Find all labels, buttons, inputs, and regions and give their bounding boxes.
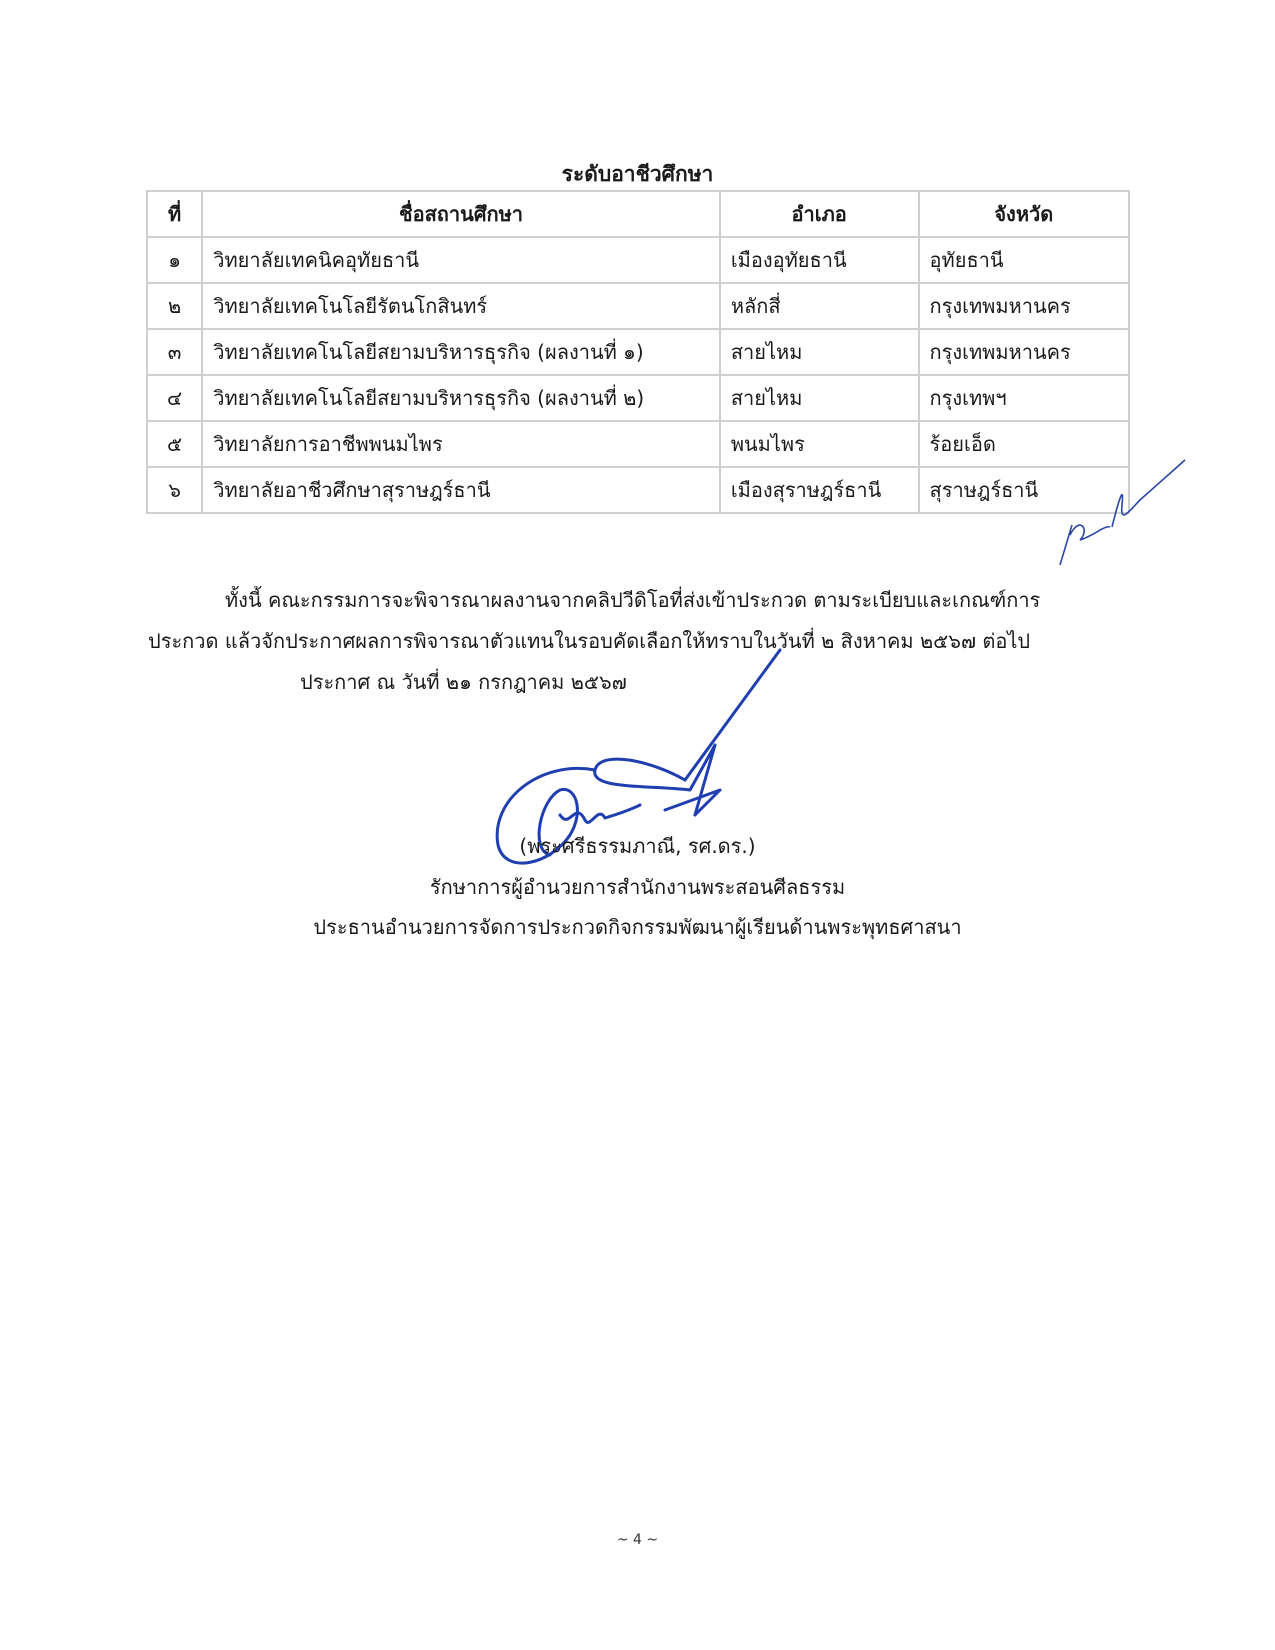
- header-no: ที่: [147, 191, 202, 237]
- institution-table: ที่ ชื่อสถานศึกษา อำเภอ จังหวัด ๑ วิทยาล…: [146, 190, 1130, 514]
- institution-name: วิทยาลัยเทคนิคอุทัยธานี: [202, 237, 720, 283]
- district: พนมไพร: [720, 421, 919, 467]
- institution-name: วิทยาลัยเทคโนโลยีสยามบริหารธุรกิจ (ผลงาน…: [202, 329, 720, 375]
- district: สายไหม: [720, 375, 919, 421]
- row-no: ๕: [147, 421, 202, 467]
- header-institution-name: ชื่อสถานศึกษา: [202, 191, 720, 237]
- initials-stroke: [1060, 460, 1185, 565]
- row-no: ๒: [147, 283, 202, 329]
- institution-name: วิทยาลัยเทคโนโลยีสยามบริหารธุรกิจ (ผลงาน…: [202, 375, 720, 421]
- table-row: ๖ วิทยาลัยอาชีวศึกษาสุราษฎร์ธานี เมืองสุ…: [147, 467, 1129, 513]
- signatory-title-2: ประธานอำนวยการจัดการประกวดกิจกรรมพัฒนาผู…: [0, 911, 1275, 943]
- row-no: ๑: [147, 237, 202, 283]
- signatory-title-1: รักษาการผู้อำนวยการสำนักงานพระสอนศีลธรรม: [0, 871, 1275, 903]
- section-title: ระดับอาชีวศึกษา: [0, 158, 1275, 191]
- district: หลักสี่: [720, 283, 919, 329]
- page-number: ~ 4 ~: [0, 1532, 1275, 1548]
- province: อุทัยธานี: [919, 237, 1129, 283]
- institution-name: วิทยาลัยอาชีวศึกษาสุราษฎร์ธานี: [202, 467, 720, 513]
- table-header-row: ที่ ชื่อสถานศึกษา อำเภอ จังหวัด: [147, 191, 1129, 237]
- table-row: ๑ วิทยาลัยเทคนิคอุทัยธานี เมืองอุทัยธานี…: [147, 237, 1129, 283]
- header-district: อำเภอ: [720, 191, 919, 237]
- table-row: ๓ วิทยาลัยเทคโนโลยีสยามบริหารธุรกิจ (ผลง…: [147, 329, 1129, 375]
- district: เมืองอุทัยธานี: [720, 237, 919, 283]
- province: กรุงเทพฯ: [919, 375, 1129, 421]
- table-row: ๕ วิทยาลัยการอาชีพพนมไพร พนมไพร ร้อยเอ็ด: [147, 421, 1129, 467]
- row-no: ๔: [147, 375, 202, 421]
- institution-name: วิทยาลัยเทคโนโลยีรัตนโกสินทร์: [202, 283, 720, 329]
- district: สายไหม: [720, 329, 919, 375]
- initials-signature: [1050, 455, 1190, 575]
- header-province: จังหวัด: [919, 191, 1129, 237]
- institution-name: วิทยาลัยการอาชีพพนมไพร: [202, 421, 720, 467]
- row-no: ๓: [147, 329, 202, 375]
- province: กรุงเทพมหานคร: [919, 329, 1129, 375]
- signatory-name: (พระศรีธรรมภาณี, รศ.ดร.): [0, 830, 1275, 862]
- table-row: ๔ วิทยาลัยเทคโนโลยีสยามบริหารธุรกิจ (ผลง…: [147, 375, 1129, 421]
- table-row: ๒ วิทยาลัยเทคโนโลยีรัตนโกสินทร์ หลักสี่ …: [147, 283, 1129, 329]
- province: กรุงเทพมหานคร: [919, 283, 1129, 329]
- paragraph-line-1: ทั้งนี้ คณะกรรมการจะพิจารณาผลงานจากคลิปว…: [225, 584, 1040, 616]
- district: เมืองสุราษฎร์ธานี: [720, 467, 919, 513]
- row-no: ๖: [147, 467, 202, 513]
